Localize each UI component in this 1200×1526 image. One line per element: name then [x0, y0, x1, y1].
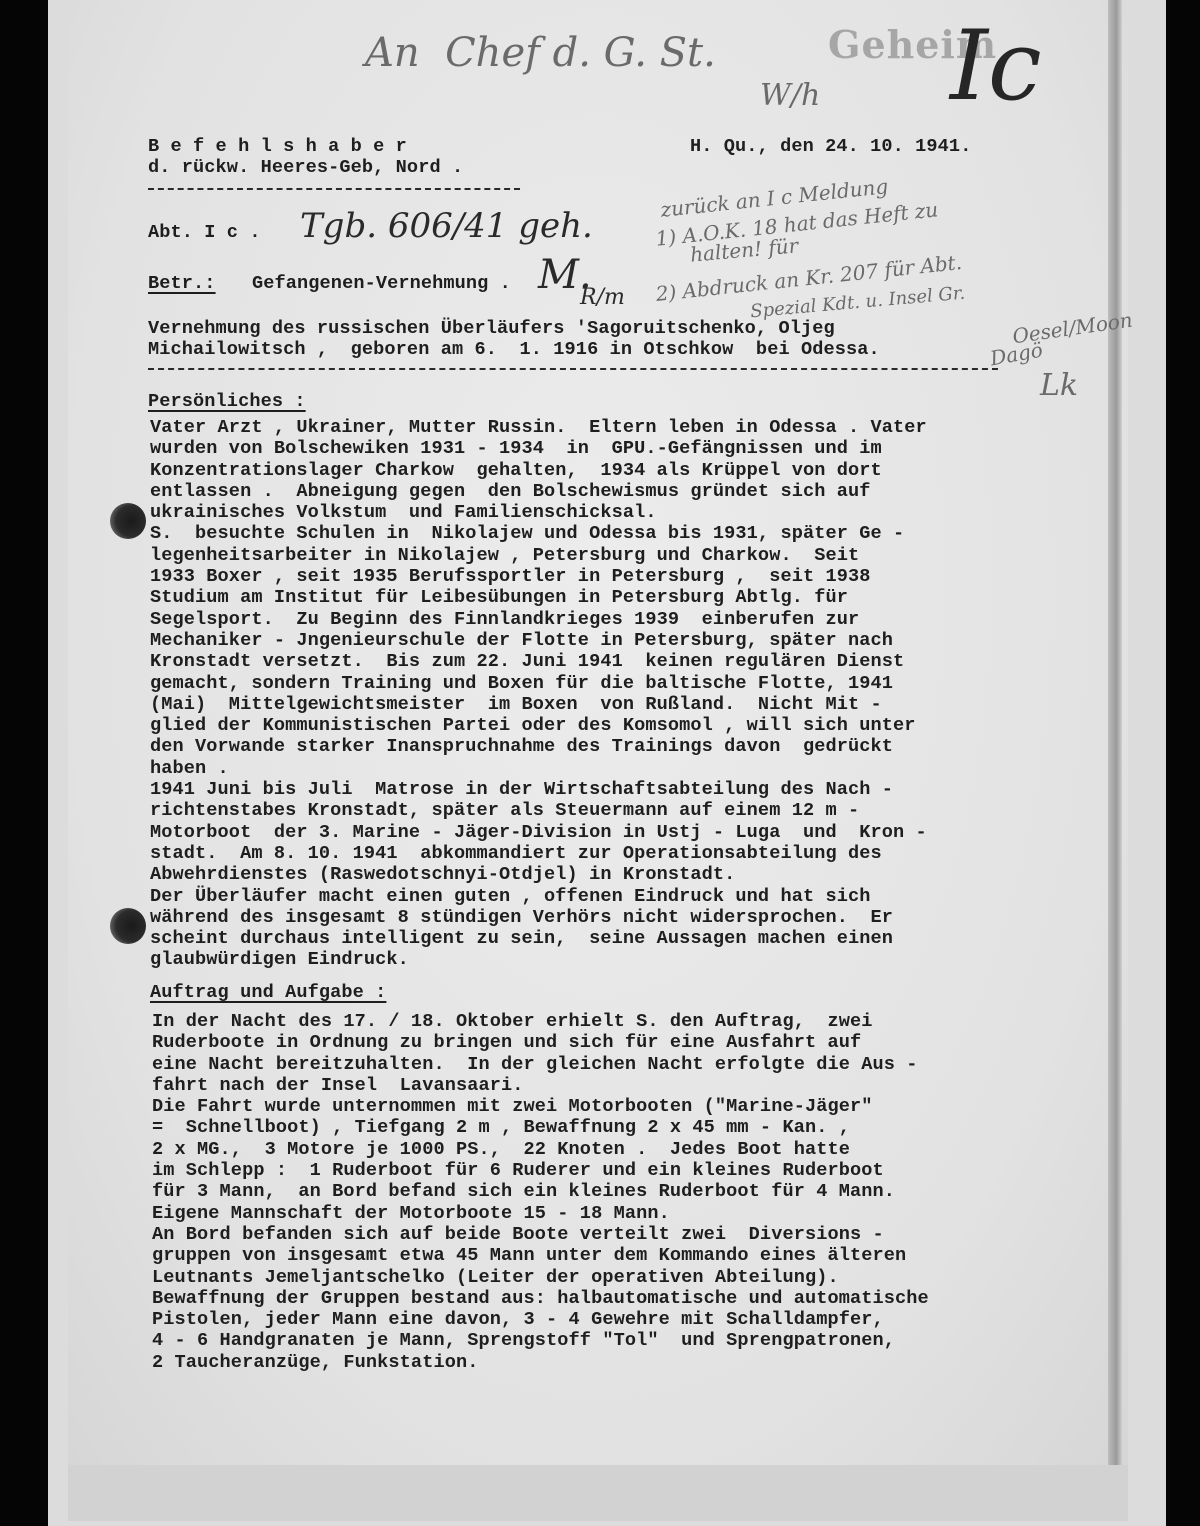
text-line: gruppen von insgesamt etwa 45 Mann unter…	[152, 1245, 929, 1266]
text-line: Der Überläufer macht einen guten , offen…	[150, 886, 927, 907]
page-edge-shadow	[1108, 0, 1122, 1465]
page-bottom-margin	[68, 1465, 1128, 1521]
text-line: An Bord befanden sich auf beide Boote ve…	[152, 1224, 929, 1245]
text-line: im Schlepp : 1 Ruderboot für 6 Ruderer u…	[152, 1160, 929, 1181]
text-line: ukrainisches Volkstum und Familienschick…	[150, 502, 927, 523]
text-line: Ruderboote in Ordnung zu bringen und sic…	[152, 1032, 929, 1053]
sender-title: B e f e h l s h a b e r	[148, 136, 407, 157]
text-line: Abwehrdienstes (Raswedotschnyi-Otdjel) i…	[150, 864, 927, 885]
text-line: Mechaniker - Jngenieurschule der Flotte …	[150, 630, 927, 651]
text-line: Kronstadt versetzt. Bis zum 22. Juni 194…	[150, 651, 927, 672]
section-heading: Persönliches :	[148, 391, 306, 412]
sender-unit: d. rückw. Heeres-Geb, Nord .	[148, 157, 463, 178]
title-line: Vernehmung des russischen Überläufers 'S…	[148, 318, 835, 339]
text-line: scheint durchaus intelligent zu sein, se…	[150, 928, 927, 949]
text-line: richtenstabes Kronstadt, später als Steu…	[150, 800, 927, 821]
subject-label: Betr.:	[148, 273, 216, 294]
text-line: = Schnellboot) , Tiefgang 2 m , Bewaffnu…	[152, 1117, 929, 1138]
text-line: Die Fahrt wurde unternommen mit zwei Mot…	[152, 1096, 929, 1117]
text-line: Vater Arzt , Ukrainer, Mutter Russin. El…	[150, 417, 927, 438]
text-line: wurden von Bolschewiken 1931 - 1934 in G…	[150, 438, 927, 459]
section-heading-mission: Auftrag und Aufgabe :	[150, 982, 386, 1003]
section-personal-body: Vater Arzt , Ukrainer, Mutter Russin. El…	[150, 417, 927, 971]
text-line: 1933 Boxer , seit 1935 Berufssportler in…	[150, 566, 927, 587]
side-signature: Lk	[1040, 368, 1078, 403]
text-line: In der Nacht des 17. / 18. Oktober erhie…	[152, 1011, 929, 1032]
title-line: Michailowitsch , geboren am 6. 1. 1916 i…	[148, 339, 880, 360]
text-line: gemacht, sondern Training und Boxen für …	[150, 673, 927, 694]
text-line: 2 Taucheranzüge, Funkstation.	[152, 1352, 929, 1373]
text-line: stadt. Am 8. 10. 1941 abkommandiert zur …	[150, 843, 927, 864]
section-mission-body: In der Nacht des 17. / 18. Oktober erhie…	[152, 1011, 929, 1373]
text-line: Segelsport. Zu Beginn des Finnlandkriege…	[150, 609, 927, 630]
text-line: Motorboot der 3. Marine - Jäger-Division…	[150, 822, 927, 843]
text-line: entlassen . Abneigung gegen den Bolschew…	[150, 481, 927, 502]
punch-hole	[110, 503, 146, 539]
text-line: für 3 Mann, an Bord befand sich ein klei…	[152, 1181, 929, 1202]
section-heading-personal: Persönliches :	[148, 391, 306, 412]
text-line: fahrt nach der Insel Lavansaari.	[152, 1075, 929, 1096]
initials-handwriting: W/h	[760, 78, 820, 113]
text-line: legenheitsarbeiter in Nikolajew , Peters…	[150, 545, 927, 566]
text-line: 1941 Juni bis Juli Matrose in der Wirtsc…	[150, 779, 927, 800]
text-line: Eigene Mannschaft der Motorboote 15 - 18…	[152, 1203, 929, 1224]
department-label: Abt. I c .	[148, 222, 261, 243]
margin-initials: R/m	[580, 285, 625, 310]
text-line: 4 - 6 Handgranaten je Mann, Sprengstoff …	[152, 1330, 929, 1351]
subject-text: Gefangenen-Vernehmung .	[252, 273, 511, 294]
text-line: haben .	[150, 758, 927, 779]
reference-number-handwriting: Tgb. 606/41 geh.	[300, 206, 593, 246]
punch-hole	[110, 908, 146, 944]
text-line: S. besuchte Schulen in Nikolajew und Ode…	[150, 523, 927, 544]
text-line: Bewaffnung der Gruppen bestand aus: halb…	[152, 1288, 929, 1309]
text-line: Pistolen, jeder Mann eine davon, 3 - 4 G…	[152, 1309, 929, 1330]
divider	[148, 188, 520, 190]
text-line: eine Nacht bereitzuhalten. In der gleich…	[152, 1054, 929, 1075]
place-date: H. Qu., den 24. 10. 1941.	[690, 136, 971, 157]
text-line: Leutnants Jemeljantschelko (Leiter der o…	[152, 1267, 929, 1288]
text-line: Studium am Institut für Leibesübungen in…	[150, 587, 927, 608]
text-line: 2 x MG., 3 Motore je 1000 PS., 22 Knoten…	[152, 1139, 929, 1160]
text-line: (Mai) Mittelgewichtsmeister im Boxen von…	[150, 694, 927, 715]
addressee-handwriting: An Chef d. G. St.	[365, 30, 716, 76]
divider	[148, 368, 998, 370]
section-heading: Auftrag und Aufgabe :	[150, 982, 386, 1003]
text-line: glied der Kommunistischen Partei oder de…	[150, 715, 927, 736]
text-line: den Vorwande starker Inanspruchnahme des…	[150, 736, 927, 757]
subject-label-text: Betr.:	[148, 273, 216, 294]
text-line: glaubwürdigen Eindruck.	[150, 949, 927, 970]
text-line: Konzentrationslager Charkow gehalten, 19…	[150, 460, 927, 481]
office-mark-handwritten: Ic	[950, 18, 1042, 114]
text-line: während des insgesamt 8 stündigen Verhör…	[150, 907, 927, 928]
